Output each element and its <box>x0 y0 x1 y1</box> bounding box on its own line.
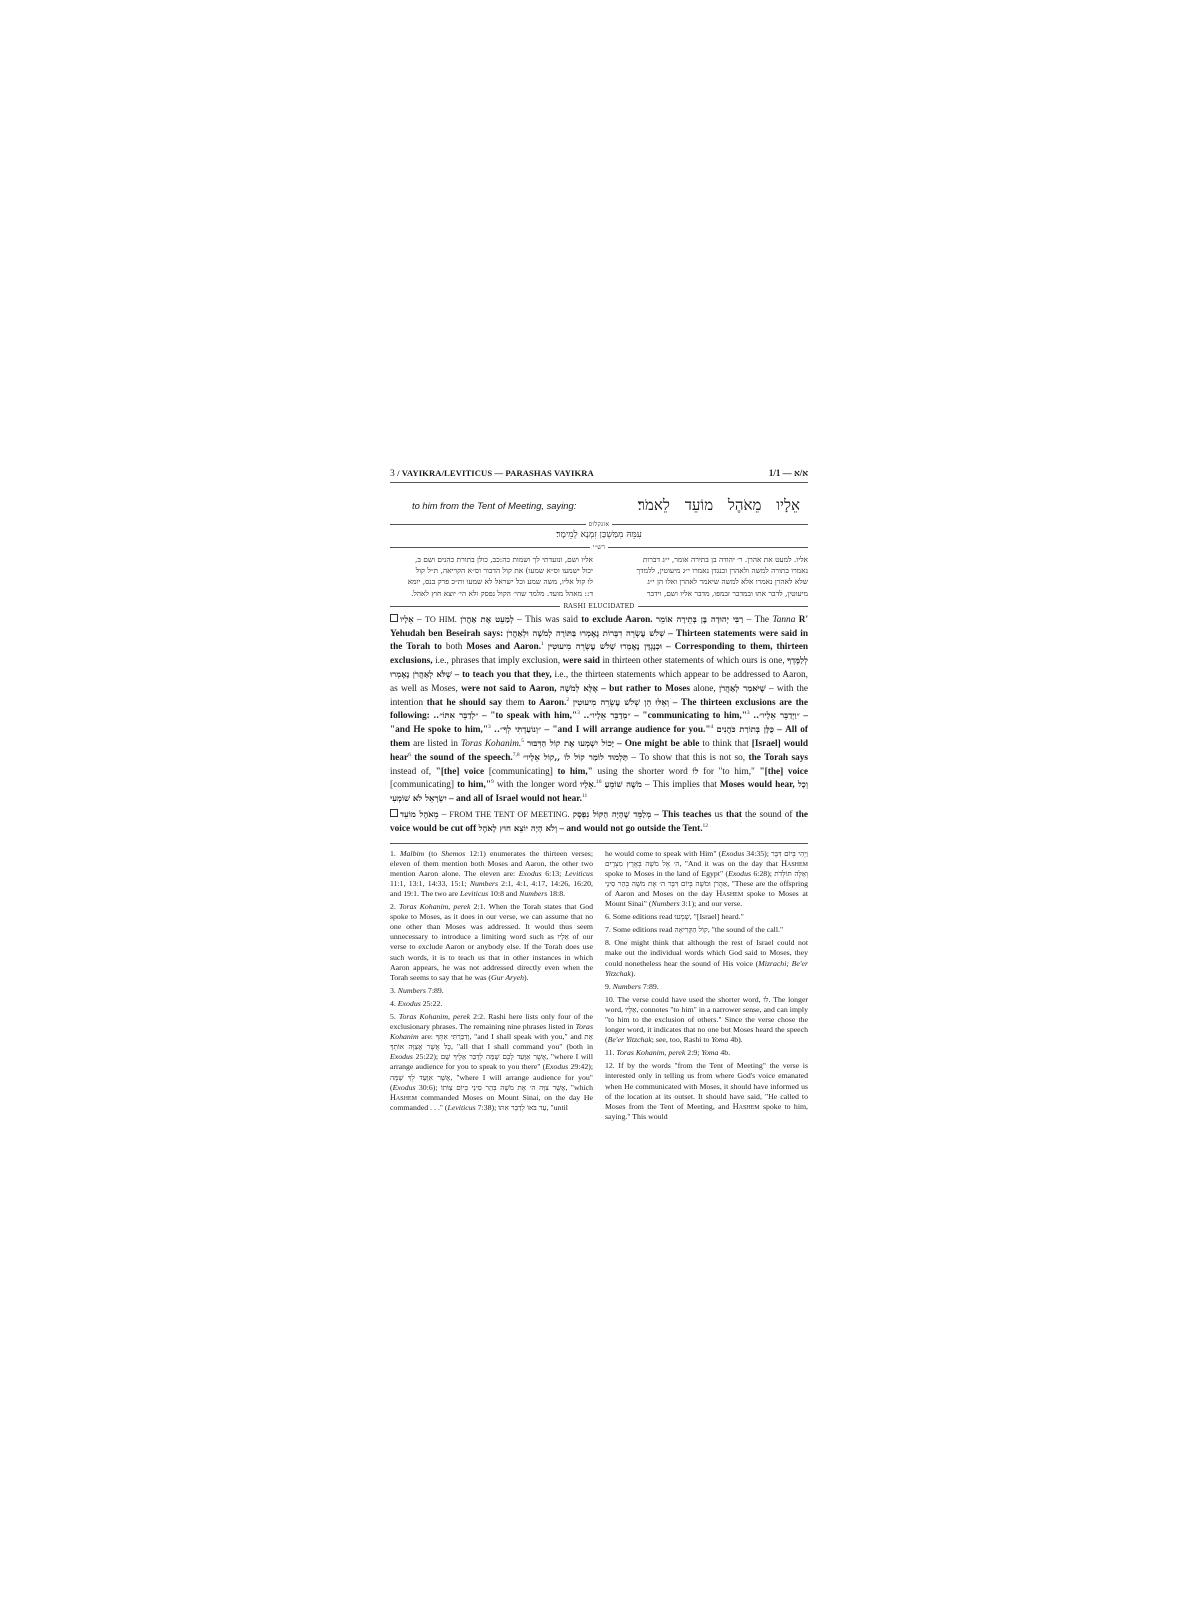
verse-english: to him from the Tent of Meeting, saying: <box>390 500 576 511</box>
hebrew-phrase: ״מְדַבֵּר אֵלָיו״.. <box>583 710 630 720</box>
divider-line <box>390 547 590 548</box>
italic-text: Numbers <box>613 982 641 991</box>
footnote-ref: 3 <box>747 710 750 716</box>
text: to think that <box>699 739 751 749</box>
text: (to <box>424 849 441 858</box>
hebrew-phrase: שָׁמְעוּ <box>675 912 690 921</box>
hebrew-phrase: ״לְדַבֵּר אִתּוֹ״.. <box>433 710 478 720</box>
divider-line <box>608 547 808 548</box>
text: , "until <box>547 1103 568 1112</box>
text: alone, <box>690 684 716 694</box>
text: The verse could have used the shorter wo… <box>617 995 763 1004</box>
hebrew-phrase: מֹשֶׁה שׁוֹמֵעַ <box>605 779 642 789</box>
text: , "the sound of the call." <box>708 925 783 934</box>
hebrew-phrase: כֻּלָּן בְּתוֹרַת כֹּהֲנִים <box>717 724 774 734</box>
text: with the longer word <box>494 780 580 790</box>
footnote-2: 2. Toras Kohanim, perek 2:1. When the To… <box>390 902 593 983</box>
rashi-line: לו קול אליו, משה שמע וכל ישראל לא שמעו ו… <box>390 576 593 587</box>
footnote-8: 8. One might think that although the res… <box>605 938 808 978</box>
onkelos-divider: אונקלוס <box>390 521 808 528</box>
text: 6:28); <box>751 869 774 878</box>
text: 7:89. <box>426 986 444 995</box>
bold-text: – and would not go outside the Tent. <box>557 824 702 834</box>
rashi-line: יכול ישמעו וס״א שמעו) את קול הדבור וס״א … <box>390 565 593 576</box>
page-number: 3 <box>390 469 395 479</box>
elucidated-divider: RASHI ELUCIDATED <box>390 603 808 610</box>
bold-text: – and all of Israel would not hear. <box>447 794 582 804</box>
footnotes: 1. Malbim (to Shemos 12:1) enumerates th… <box>390 849 808 1125</box>
italic-text: Leviticus <box>448 1103 476 1112</box>
text: [communicating] <box>390 780 457 790</box>
bold-text: were said <box>563 656 600 666</box>
bold-text: "[the] voice <box>436 767 485 777</box>
english-lemma: FROM THE TENT OF MEETING. <box>449 810 569 819</box>
rashi-hebrew-text: אליו. למעט את אהרן. ר׳ יהודה בן בתירה או… <box>390 554 808 599</box>
text: 3:1); and our verse. <box>680 899 743 908</box>
footnote-number: 12. <box>605 1061 618 1070</box>
footnote-ref: 10 <box>596 779 602 785</box>
text: ; see, too, Rashi to <box>652 1035 712 1044</box>
english-lemma: TO HIM. <box>425 615 457 624</box>
italic-text: Exodus <box>393 1083 416 1092</box>
text: , "and I shall speak with you," and <box>469 1032 584 1041</box>
text: using the shorter word <box>593 767 693 777</box>
hebrew-lemma: אֵלָיו <box>400 614 414 624</box>
text: 30:6); <box>416 1083 441 1092</box>
hebrew-phrase: ״וְנוֹעַדְתִּי לְךָ״.. <box>494 724 541 734</box>
text: 29:42); <box>568 1062 593 1071</box>
rashi-line: ד:: מאהל מועד. מלמד שהי׳ הקול נפסק ולא ה… <box>390 588 593 599</box>
book-page: 3 / VAYIKRA/LEVITICUS — PARASHAS VAYIKRA… <box>390 468 808 1125</box>
italic-text: Numbers <box>652 899 680 908</box>
rashi-label: רש״י <box>590 544 609 551</box>
hebrew-phrase: אֲשֶׁר אִוָּעֵד לְךָ שָׁמָּה <box>390 1073 450 1082</box>
bold-text: – but rather to Moses <box>598 684 690 694</box>
footnote-number: 10. <box>605 995 617 1004</box>
footnote-rule <box>390 843 808 844</box>
divider-line <box>390 606 560 607</box>
rashi-line: נאמרו בתורה למשה ולאהרן וכנגדן נאמרו י״ג… <box>605 565 808 576</box>
bold-text: – One might be able <box>614 739 699 749</box>
bold-text: to exclude Aaron. <box>581 615 652 625</box>
small-caps-text: Hashem <box>390 1093 417 1102</box>
small-caps-text: Hashem <box>716 889 743 898</box>
footnote-ref: 3 <box>488 724 491 730</box>
footnote-ref: 4 <box>710 724 713 730</box>
footnote-ref: 3 <box>577 710 580 716</box>
text: 10:8 and <box>488 889 519 898</box>
italic-text: Exodus <box>390 1052 413 1061</box>
italic-text: Yoma <box>701 1048 718 1057</box>
elucidated-label: RASHI ELUCIDATED <box>560 603 637 610</box>
text: i.e., phrases that imply exclusion, <box>433 656 563 666</box>
bold-text: to him," <box>457 780 491 790</box>
hebrew-phrase: וְאֵלּוּ הֵן שְׁלֹשׁ עֶשְׂרֵה מִיעוּטִין <box>573 697 669 707</box>
italic-text: Leviticus <box>565 869 593 878</box>
rashi-line: אליו ושם, ונועדתי לך ושמות כה:כב, כולן ב… <box>390 554 593 565</box>
italic-text: Be'er Yitzchak <box>608 1035 652 1044</box>
text: 25:22. <box>421 999 443 1008</box>
italic-text: Numbers <box>519 889 547 898</box>
footnote-ref: 7,8 <box>513 752 520 758</box>
text: us <box>712 810 726 820</box>
italic-text: Malbim <box>400 849 424 858</box>
text: , "which <box>566 1083 594 1092</box>
italic-text: Exodus <box>545 1062 568 1071</box>
text: 4b. <box>718 1048 730 1057</box>
italic-text: Leviticus <box>460 889 488 898</box>
italic-text: Toras Kohanim. <box>461 739 521 749</box>
italic-text: Yoma <box>711 1035 728 1044</box>
bold-text: – "to speak with him," <box>478 711 577 721</box>
hebrew-phrase: קוֹל הַקְּרִיאָה <box>675 925 708 934</box>
text: 25:22); <box>413 1052 441 1061</box>
text: spoke to Moses in the land of Egypt" ( <box>605 869 728 878</box>
italic-text: Exodus <box>721 849 744 858</box>
footnote-number: 11. <box>605 1048 616 1057</box>
footnote-9: 9. Numbers 7:89. <box>605 982 808 992</box>
hebrew-phrase: רַבִּי יְהוּדָה בֶּן בְּתֵירָה אוֹמֵר <box>656 614 743 624</box>
square-bullet-icon <box>390 809 398 817</box>
footnote-number: 6. <box>605 912 613 921</box>
footnote-number: 9. <box>605 982 613 991</box>
text: in thirteen other statements of which ou… <box>600 656 785 666</box>
footnote-3: 3. Numbers 7:89. <box>390 986 593 996</box>
bold-text: – This teaches <box>651 810 711 820</box>
footnote-12: 12. If by the words "from the Tent of Me… <box>605 1061 808 1122</box>
text: , "And it was on the day that <box>679 859 781 868</box>
text: them <box>502 698 528 708</box>
text: 4b). <box>728 1035 742 1044</box>
bold-text: – to teach you that they, <box>452 670 552 680</box>
italic-text: Shemos <box>441 849 465 858</box>
footnote-7: 7. Some editions read קוֹל הַקְּרִיאָה, … <box>605 925 808 935</box>
hebrew-phrase: אֵלָיו <box>625 1005 636 1014</box>
italic-text: Exodus <box>728 869 751 878</box>
rashi-line: אליו. למעט את אהרן. ר׳ יהודה בן בתירה או… <box>605 554 808 565</box>
text: ). <box>524 973 529 982</box>
text: he would come to speak with Him" ( <box>605 849 721 858</box>
hebrew-lemma: מֵאֹהֶל מוֹעֵד <box>400 809 439 819</box>
footnote-5: 5. Toras Kohanim, perek 2:2. Rashi here … <box>390 1012 593 1113</box>
text: Some editions read <box>613 912 675 921</box>
text: ). <box>631 969 636 978</box>
footnote-number: 7. <box>605 925 613 934</box>
footnote-6: 6. Some editions read שָׁמְעוּ, "[Israel… <box>605 912 808 922</box>
footnote-1: 1. Malbim (to Shemos 12:1) enumerates th… <box>390 849 593 899</box>
bold-text: the sound of the speech. <box>411 753 513 763</box>
verse-hebrew: אֵלָיו מֵאֹהֶל מוֹעֵד לֵאמֹר׃ <box>638 496 808 515</box>
hebrew-phrase: ״וַיְדַבֵּר אֵלָיו״.. <box>753 710 800 720</box>
footnote-ref: 1 <box>541 641 544 647</box>
italic-text: Gur Aryeh <box>491 973 524 982</box>
hebrew-phrase: וְדִבַּרְתִּי אִתְּךָ <box>436 1032 470 1041</box>
hebrew-phrase: יָכוֹל יִשְׁמְעוּ אֶת קוֹל הַדִּבּוּר <box>527 738 614 748</box>
text: for "to him," <box>699 767 760 777</box>
text: – The <box>743 615 772 625</box>
hebrew-phrase: שְׁלֹשׁ עֶשְׂרֵה דִבְּרוֹת נֶאֶמְרוּ בַּ… <box>506 628 665 638</box>
text: instead of, <box>390 767 436 777</box>
bold-text: that he should say <box>427 698 503 708</box>
hebrew-phrase: אֶלָּא לְמֹשֶׁה <box>560 683 598 693</box>
rashi-column-right: אליו. למעט את אהרן. ר׳ יהודה בן בתירה או… <box>605 554 808 599</box>
text: , "all that I shall command you" (both i… <box>451 1042 593 1051</box>
bold-text: – "communicating to him," <box>631 711 747 721</box>
hebrew-phrase: מְלַמֵּד שֶׁהָיָה הַקּוֹל נִפְסָק <box>573 809 652 819</box>
text: – To show that this is not so, <box>628 753 749 763</box>
rashi-line: שלא לאהרן נאמרו אלא למשה שיאמר לאהרן ואל… <box>605 576 808 587</box>
hebrew-phrase: לְמַעֵט אֶת אַהֲרֹן <box>460 614 514 624</box>
italic-text: Tanna <box>772 615 795 625</box>
hebrew-phrase: שֶׁיֹּאמַר לְאַהֲרֹן <box>719 683 766 693</box>
verse-reference: 1/1 — א/א <box>769 468 808 478</box>
verse-row: to him from the Tent of Meeting, saying:… <box>390 493 808 517</box>
rashi-divider: רש״י <box>390 544 808 551</box>
italic-text: Toras Kohanim, perek <box>399 902 470 911</box>
onkelos-label: אונקלוס <box>586 521 613 528</box>
rashi-column-left: אליו ושם, ונועדתי לך ושמות כה:כב, כולן ב… <box>390 554 593 599</box>
italic-text: Toras Kohanim, perek <box>399 1012 470 1021</box>
bold-text: were not said to Aaron, <box>461 684 557 694</box>
text: are listed in <box>410 739 461 749</box>
divider-line <box>612 524 808 525</box>
italic-text: Exodus <box>519 869 542 878</box>
divider-line <box>638 606 808 607</box>
italic-text: Numbers <box>398 986 426 995</box>
text: – This was said <box>514 615 581 625</box>
bold-text: that <box>726 810 742 820</box>
rashi-line: מיעוטין, לדבר אתו ובמדבר זבמפו, מדבר אלי… <box>605 588 808 599</box>
footnote-number: 4. <box>390 999 398 1008</box>
bold-text: to Aaron. <box>528 698 566 708</box>
text: the sound of <box>742 810 796 820</box>
text: [communicating] <box>484 767 557 777</box>
text: 7:89. <box>641 982 659 991</box>
divider-line <box>390 524 586 525</box>
bold-text: the Torah says <box>749 753 808 763</box>
small-caps-text: Hashem <box>781 859 808 868</box>
footnote-number: 8. <box>605 938 614 947</box>
hebrew-phrase: אֲשֶׁר אִוָּעֵד לָכֶם שָׁמָּה לְדַבֵּר א… <box>441 1052 547 1061</box>
footnote-number: 5. <box>390 1012 399 1021</box>
hebrew-phrase: אֵלָיו <box>580 779 594 789</box>
elucidated-paragraph-1: אֵלָיו – TO HIM. לְמַעֵט אֶת אַהֲרֹן – T… <box>390 613 808 806</box>
text: 2:9; <box>685 1048 701 1057</box>
footnote-10: 10. The verse could have used the shorte… <box>605 995 808 1045</box>
footnote-column-left: 1. Malbim (to Shemos 12:1) enumerates th… <box>390 849 593 1125</box>
italic-text: Toras Kohanim, perek <box>616 1048 685 1057</box>
hebrew-phrase: אֲשֶׁר צִוָּה ה׳ אֶת מֹשֶׁה בְּהַר סִינַ… <box>441 1083 566 1092</box>
footnote-11: 11. Toras Kohanim, perek 2:9; Yoma 4b. <box>605 1048 808 1058</box>
bold-text: Moses and Aaron. <box>466 642 541 652</box>
hebrew-phrase: עַד בֹּאוֹ לְדַבֵּר אִתּוֹ <box>498 1103 546 1112</box>
footnote-ref: 12 <box>703 823 709 829</box>
italic-text: Numbers <box>470 879 498 888</box>
footnote-4: 4. Exodus 25:22. <box>390 999 593 1009</box>
footnote-column-right: he would come to speak with Him" (Exodus… <box>605 849 808 1125</box>
running-head: 3 / VAYIKRA/LEVITICUS — PARASHAS VAYIKRA… <box>390 468 808 483</box>
text: Some editions read <box>613 925 675 934</box>
text: 7:38); <box>476 1103 499 1112</box>
hebrew-phrase: וּכְנֶגְדָּן נֶאֶמְרוּ שְׁלֹשׁ עֶשְׂרֵה … <box>548 641 662 651</box>
italic-text: Exodus <box>398 999 421 1008</box>
running-head-title: 3 / VAYIKRA/LEVITICUS — PARASHAS VAYIKRA <box>390 468 594 479</box>
hebrew-phrase: וְלֹא הָיָה יוֹצֵא חוּץ לָאֹהֶל <box>479 823 558 833</box>
hebrew-phrase: תַּלְמוּד לוֹמַר קוֹל לוֹ ,,קוֹל אֵלָיו״ <box>523 752 628 762</box>
elucidated-paragraph-2: מֵאֹהֶל מוֹעֵד – FROM THE TENT OF MEETIN… <box>390 808 808 836</box>
text: are: <box>419 1032 436 1041</box>
onkelos-text: עִמֵּהּ מִמַּשְׁכַּן זִמְנָא לְמֵימָר׃ <box>390 529 808 540</box>
footnote-number: 2. <box>390 902 399 911</box>
text: – This implies that <box>642 780 720 790</box>
bold-text: – "and I will arrange audience for you." <box>541 725 710 735</box>
text: 11:1, 13:1, 14:33, 15:1; <box>390 879 470 888</box>
bold-text: "[the] voice <box>759 767 808 777</box>
bold-text: to him," <box>557 767 592 777</box>
square-bullet-icon <box>390 614 398 622</box>
footnote-number: 1. <box>390 849 400 858</box>
text: both <box>446 642 467 652</box>
footnote-number: 3. <box>390 986 398 995</box>
footnote-ref: 5 <box>521 738 524 744</box>
text: 18:8. <box>547 889 565 898</box>
text: , "[Israel] heard." <box>690 912 744 921</box>
text: 34:35); <box>744 849 771 858</box>
bold-text: Moses would hear, <box>720 780 795 790</box>
rashi-elucidated: אֵלָיו – TO HIM. לְמַעֵט אֶת אַהֲרֹן – T… <box>390 613 808 836</box>
footnote-5-continued: he would come to speak with Him" (Exodus… <box>605 849 808 910</box>
hebrew-phrase: אֵלָיו <box>557 932 568 941</box>
text: 6:13; <box>542 869 565 878</box>
small-caps-text: Hashem <box>733 1102 760 1111</box>
footnote-ref: 11 <box>582 793 587 799</box>
footnote-ref: 2 <box>566 697 569 703</box>
